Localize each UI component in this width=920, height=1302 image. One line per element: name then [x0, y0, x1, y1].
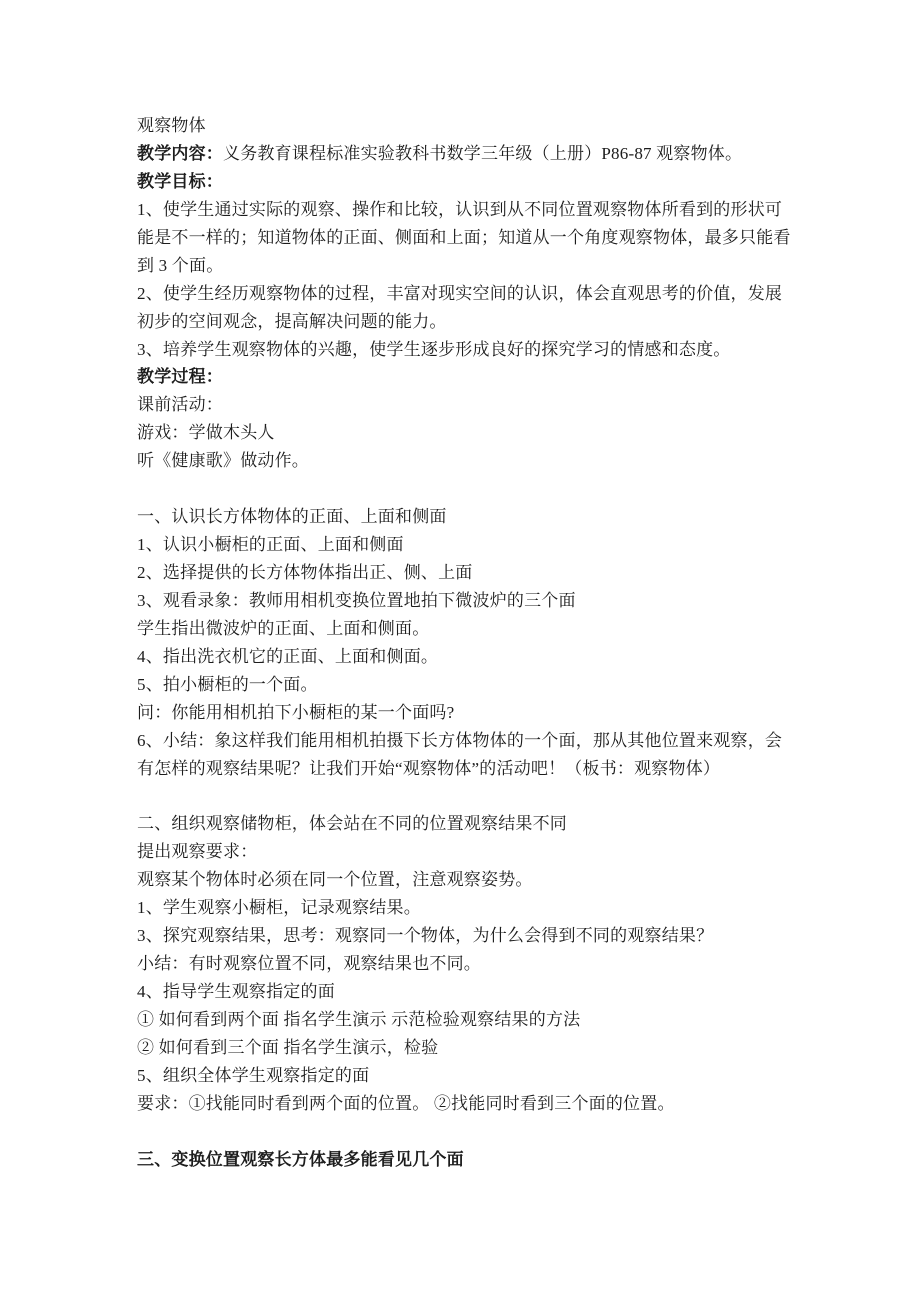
text-line: 观察物体	[137, 112, 797, 140]
text-segment: 3、观看录象：教师用相机变换位置地拍下微波炉的三个面	[137, 591, 576, 610]
text-line: 4、指导学生观察指定的面	[137, 978, 797, 1006]
text-segment: 1、使学生通过实际的观察、操作和比较，认识到从不同位置观察物体所看到的形状可	[137, 200, 782, 219]
text-line: 3、培养学生观察物体的兴趣，使学生逐步形成良好的探究学习的情感和态度。	[137, 336, 797, 364]
blank-line	[137, 1118, 797, 1146]
bold-text-segment: 教学内容：	[137, 144, 223, 163]
text-line: 3、探究观察结果，思考：观察同一个物体，为什么会得到不同的观察结果？	[137, 922, 797, 950]
text-segment: 游戏：学做木头人	[137, 423, 275, 442]
text-line: 1、使学生通过实际的观察、操作和比较，认识到从不同位置观察物体所看到的形状可	[137, 196, 797, 224]
text-segment: 一、认识长方体物体的正面、上面和侧面	[137, 507, 447, 526]
text-line: 能是不一样的；知道物体的正面、侧面和上面；知道从一个角度观察物体，最多只能看	[137, 224, 797, 252]
text-line: 三、变换位置观察长方体最多能看见几个面	[137, 1146, 797, 1174]
text-segment: 初步的空间观念，提高解决问题的能力。	[137, 312, 447, 331]
text-segment: 要求：①找能同时看到两个面的位置。 ②找能同时看到三个面的位置。	[137, 1094, 675, 1113]
text-segment: 小结：有时观察位置不同，观察结果也不同。	[137, 954, 481, 973]
text-segment: 学生指出微波炉的正面、上面和侧面。	[137, 619, 429, 638]
text-segment: 4、指出洗衣机它的正面、上面和侧面。	[137, 647, 438, 666]
text-line: 2、使学生经历观察物体的过程，丰富对现实空间的认识，体会直观思考的价值，发展	[137, 280, 797, 308]
text-segment: ① 如何看到两个面 指名学生演示 示范检验观察结果的方法	[137, 1010, 580, 1029]
text-line: 3、观看录象：教师用相机变换位置地拍下微波炉的三个面	[137, 587, 797, 615]
blank-line	[137, 783, 797, 811]
text-segment: 1、认识小橱柜的正面、上面和侧面	[137, 535, 404, 554]
text-segment: 观察物体	[137, 116, 206, 135]
text-line: 小结：有时观察位置不同，观察结果也不同。	[137, 950, 797, 978]
text-line: 教学目标：	[137, 168, 797, 196]
text-line: 听《健康歌》做动作。	[137, 447, 797, 475]
text-segment: 课前活动：	[137, 395, 223, 414]
text-line: 2、选择提供的长方体物体指出正、侧、上面	[137, 559, 797, 587]
text-line: 观察某个物体时必须在同一个位置，注意观察姿势。	[137, 866, 797, 894]
text-segment: 提出观察要求：	[137, 842, 257, 861]
text-line: 5、组织全体学生观察指定的面	[137, 1062, 797, 1090]
text-line: 5、拍小橱柜的一个面。	[137, 671, 797, 699]
text-line: 4、指出洗衣机它的正面、上面和侧面。	[137, 643, 797, 671]
text-segment: 有怎样的观察结果呢？让我们开始“观察物体”的活动吧！（板书：观察物体）	[137, 759, 720, 778]
text-line: 1、学生观察小橱柜，记录观察结果。	[137, 894, 797, 922]
text-line: 教学过程：	[137, 363, 797, 391]
text-line: 学生指出微波炉的正面、上面和侧面。	[137, 615, 797, 643]
text-line: ② 如何看到三个面 指名学生演示，检验	[137, 1034, 797, 1062]
text-segment: 3、探究观察结果，思考：观察同一个物体，为什么会得到不同的观察结果？	[137, 926, 713, 945]
text-line: 二、组织观察储物柜，体会站在不同的位置观察结果不同	[137, 810, 797, 838]
text-line: 要求：①找能同时看到两个面的位置。 ②找能同时看到三个面的位置。	[137, 1090, 797, 1118]
text-segment: 能是不一样的；知道物体的正面、侧面和上面；知道从一个角度观察物体，最多只能看	[137, 228, 791, 247]
text-line: 有怎样的观察结果呢？让我们开始“观察物体”的活动吧！（板书：观察物体）	[137, 755, 797, 783]
text-line: 到 3 个面。	[137, 252, 797, 280]
text-segment: 2、选择提供的长方体物体指出正、侧、上面	[137, 563, 473, 582]
text-line: 课前活动：	[137, 391, 797, 419]
text-line: ① 如何看到两个面 指名学生演示 示范检验观察结果的方法	[137, 1006, 797, 1034]
text-line: 游戏：学做木头人	[137, 419, 797, 447]
bold-text-segment: 教学目标：	[137, 172, 223, 191]
text-line: 6、小结：象这样我们能用相机拍摄下长方体物体的一个面，那从其他位置来观察，会	[137, 727, 797, 755]
text-segment: 问：你能用相机拍下小橱柜的某一个面吗?	[137, 703, 454, 722]
text-segment: 义务教育课程标准实验教科书数学三年级（上册）P86-87 观察物体。	[223, 144, 742, 163]
text-segment: 1、学生观察小橱柜，记录观察结果。	[137, 898, 421, 917]
text-line: 教学内容：义务教育课程标准实验教科书数学三年级（上册）P86-87 观察物体。	[137, 140, 797, 168]
text-segment: 观察某个物体时必须在同一个位置，注意观察姿势。	[137, 870, 533, 889]
text-segment: 3、培养学生观察物体的兴趣，使学生逐步形成良好的探究学习的情感和态度。	[137, 340, 731, 359]
text-segment: 听《健康歌》做动作。	[137, 451, 309, 470]
text-segment: 4、指导学生观察指定的面	[137, 982, 335, 1001]
text-segment: ② 如何看到三个面 指名学生演示，检验	[137, 1038, 438, 1057]
text-line: 问：你能用相机拍下小橱柜的某一个面吗?	[137, 699, 797, 727]
blank-line	[137, 475, 797, 503]
text-segment: 二、组织观察储物柜，体会站在不同的位置观察结果不同	[137, 814, 567, 833]
bold-text-segment: 三、变换位置观察长方体最多能看见几个面	[137, 1150, 464, 1169]
text-segment: 到 3 个面。	[137, 256, 223, 275]
text-segment: 5、组织全体学生观察指定的面	[137, 1066, 369, 1085]
text-segment: 2、使学生经历观察物体的过程，丰富对现实空间的认识，体会直观思考的价值，发展	[137, 284, 782, 303]
text-segment: 5、拍小橱柜的一个面。	[137, 675, 318, 694]
bold-text-segment: 教学过程：	[137, 367, 223, 386]
text-segment: 6、小结：象这样我们能用相机拍摄下长方体物体的一个面，那从其他位置来观察，会	[137, 731, 782, 750]
text-line: 提出观察要求：	[137, 838, 797, 866]
text-line: 初步的空间观念，提高解决问题的能力。	[137, 308, 797, 336]
text-line: 一、认识长方体物体的正面、上面和侧面	[137, 503, 797, 531]
document-text-area: 观察物体教学内容：义务教育课程标准实验教科书数学三年级（上册）P86-87 观察…	[137, 112, 797, 1174]
document-page: 观察物体教学内容：义务教育课程标准实验教科书数学三年级（上册）P86-87 观察…	[0, 0, 920, 1302]
text-line: 1、认识小橱柜的正面、上面和侧面	[137, 531, 797, 559]
